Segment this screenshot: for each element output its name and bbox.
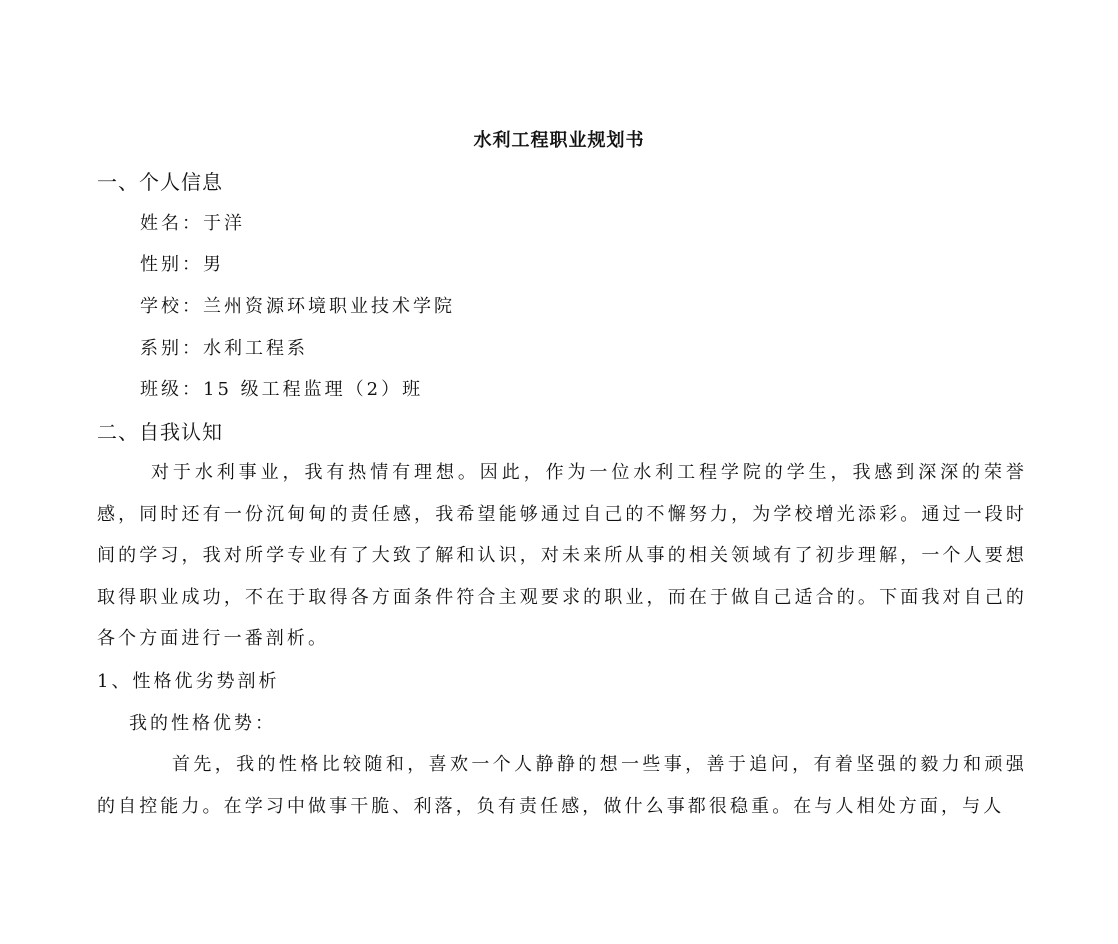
intro-paragraph: 对于水利事业，我有热情有理想。因此，作为一位水利工程学院的学生，我感到深深的荣誉…	[97, 452, 1027, 660]
info-label: 学校：	[140, 296, 203, 317]
info-row-school: 学校：兰州资源环境职业技术学院	[140, 294, 455, 320]
info-label: 系别：	[140, 338, 203, 359]
info-label: 班级：	[140, 379, 203, 400]
info-label: 性别：	[140, 254, 203, 275]
info-value: 男	[203, 254, 224, 275]
info-row-gender: 性别：男	[140, 252, 224, 278]
subsection-heading-personality: 1、性格优劣势剖析	[97, 669, 279, 695]
info-row-name: 姓名：于洋	[140, 211, 245, 237]
section-heading-self-awareness: 二、自我认知	[97, 418, 223, 446]
strengths-paragraph: 首先，我的性格比较随和，喜欢一个人静静的想一些事，善于追问，有着坚强的毅力和顽强…	[97, 744, 1027, 827]
strengths-label: 我的性格优势：	[129, 711, 276, 737]
info-row-class: 班级：15 级工程监理（2）班	[140, 377, 423, 403]
info-label: 姓名：	[140, 213, 203, 234]
info-value: 兰州资源环境职业技术学院	[203, 296, 455, 317]
info-value: 水利工程系	[203, 338, 308, 359]
info-row-department: 系别：水利工程系	[140, 336, 308, 362]
section-heading-personal-info: 一、个人信息	[97, 168, 223, 196]
document-page: 水利工程职业规划书 一、个人信息 姓名：于洋 性别：男 学校：兰州资源环境职业技…	[0, 0, 1118, 944]
document-title: 水利工程职业规划书	[0, 128, 1118, 154]
info-value: 于洋	[203, 213, 245, 234]
info-value: 15 级工程监理（2）班	[203, 379, 423, 400]
